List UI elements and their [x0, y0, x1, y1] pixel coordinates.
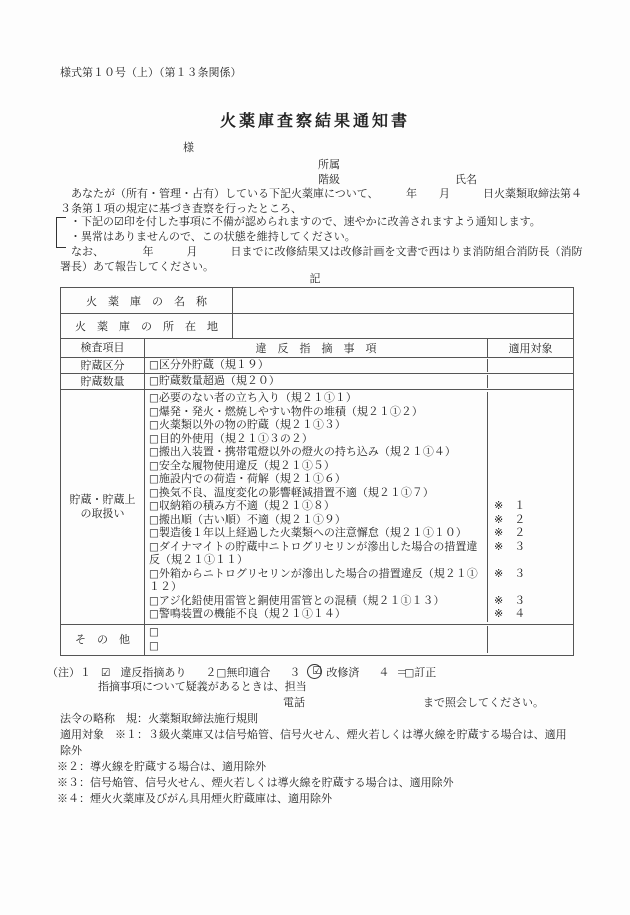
- violation-row-13: □外箱からニトログリセリンが滲出した場合の措置違反（規２１①１２） ※ ３: [145, 568, 573, 595]
- inspection-table: 火 薬 庫 の 名 称 火 薬 庫 の 所 在 地 検査項目 違 反 指 摘 事…: [60, 287, 574, 656]
- page-title: 火薬庫査察結果通知書: [0, 114, 630, 129]
- violation-row-6: □安全な履物使用違反（規２１①５）: [145, 460, 573, 474]
- checkbox-item-5[interactable]: □: [149, 446, 159, 458]
- table-row-magazine-address: 火 薬 庫 の 所 在 地: [61, 314, 573, 339]
- checkbox-item-13[interactable]: □: [149, 568, 159, 580]
- notice-bullet-1: ・下記の☑印を付した事項に不備が認められますので、速やかに改善されますよう通知し…: [70, 215, 541, 230]
- checkbox-item-12[interactable]: □: [149, 541, 159, 553]
- applicability-note-4: ※４：煙火火薬庫及びがん具用煙火貯蔵庫は、適用除外: [57, 792, 332, 807]
- checkbox-item-10[interactable]: □: [149, 514, 159, 526]
- applicability-note: [487, 375, 573, 389]
- violation-text: 区分外貯蔵（規１９）: [159, 359, 269, 371]
- legend-num-2: ２: [205, 667, 216, 679]
- circled-check-icon: ☑: [307, 664, 322, 679]
- violation-row-7: □施設内での荷造・荷解（規２１①６）: [145, 473, 573, 487]
- empty-box-icon: □: [216, 667, 226, 679]
- name-label: 氏名: [455, 173, 477, 188]
- violation-row-1: □必要のない者の立ち入り（規２１①１）: [145, 392, 573, 406]
- legend-label-4: 訂正: [414, 667, 436, 679]
- checkbox-other-2[interactable]: □: [149, 640, 159, 652]
- strikethrough-box-icon: □: [404, 667, 414, 679]
- table-row-magazine-name: 火 薬 庫 の 名 称: [61, 288, 573, 314]
- checkbox-item-7[interactable]: □: [149, 473, 159, 485]
- rank-label: 階級: [318, 173, 340, 188]
- violation-row-11: □製造後１年以上経過した火薬類への注意懈怠（規２１①１０） ※ ２: [145, 527, 573, 541]
- intro-line-1: あなたが（所有・管理・占有）している下記火薬庫について、 年 月 日火薬類取締法…: [60, 187, 582, 202]
- violation-row-5: □搬出入装置・携帯電燈以外の燈火の持ち込み（規２１①４）: [145, 446, 573, 460]
- legend-label-2: 無印適合: [226, 667, 270, 679]
- violation-row-storage-category: □区分外貯蔵（規１９）: [145, 359, 573, 373]
- form-number: 様式第１０号（上）（第１３条関係）: [60, 66, 242, 81]
- violation-row-10: □搬出順（古い順）不適（規２１①９） ※ ２: [145, 514, 573, 528]
- checked-box-icon: ☑: [101, 667, 110, 679]
- checkbox-storage-quantity[interactable]: □: [149, 375, 159, 387]
- checkbox-other-1[interactable]: □: [149, 626, 159, 638]
- checkbox-item-1[interactable]: □: [149, 392, 159, 404]
- checkbox-item-3[interactable]: □: [149, 419, 159, 431]
- ki-label: 記: [0, 272, 630, 287]
- magazine-address-label: 火 薬 庫 の 所 在 地: [61, 314, 233, 338]
- other-label: そ の 他: [61, 625, 145, 655]
- checkbox-item-8[interactable]: □: [149, 487, 159, 499]
- applicability-note-1b: 除外: [60, 744, 82, 759]
- magazine-name-value[interactable]: [233, 288, 573, 313]
- legend-label-3: 改修済: [326, 667, 359, 679]
- checkbox-item-15[interactable]: □: [149, 608, 159, 620]
- violation-row-14: □アジ化鉛使用雷管と銅使用雷管との混積（規２１①１３） ※ ３: [145, 595, 573, 609]
- applicability-note: [487, 359, 573, 373]
- violation-row-2: □爆発・発火・燃焼しやすい物件の堆積（規２１①２）: [145, 406, 573, 420]
- phone-label: 電話: [283, 696, 305, 711]
- violation-row-15: □警鳴装置の機能不良（規２１①１４） ※ ４: [145, 608, 573, 622]
- violation-row-9: □収納箱の積み方不適（規２１①８） ※ １: [145, 500, 573, 514]
- violation-row-8: □換気不良、温度変化の影響軽減措置不適（規２１①７）: [145, 487, 573, 501]
- violation-row-4: □目的外使用（規２１①３の２）: [145, 433, 573, 447]
- law-abbreviation-line: 法令の略称 規：火薬類取締法施行規則: [60, 712, 258, 727]
- table-header-row: 検査項目 違 反 指 摘 事 項 適用対象: [61, 339, 573, 358]
- storage-quantity-label: 貯蔵数量: [61, 374, 145, 389]
- violation-text: 貯蔵数量超過（規２０）: [159, 375, 280, 387]
- magazine-name-label: 火 薬 庫 の 名 称: [61, 288, 233, 313]
- affiliation-label: 所属: [318, 158, 340, 173]
- legend-line: （注）１☑違反指摘あり２□無印適合３☑改修済４＝□訂正: [47, 664, 436, 681]
- other-row-1: □: [145, 626, 573, 640]
- checkbox-storage-category[interactable]: □: [149, 359, 159, 371]
- inspection-notice-document: 様式第１０号（上）（第１３条関係） 火薬庫査察結果通知書 様 所属 階級 氏名 …: [0, 0, 630, 915]
- table-row-handling: 貯蔵・貯蔵上 の取扱い □必要のない者の立ち入り（規２１①１） □爆発・発火・燃…: [61, 390, 573, 625]
- addressee-sama-label: 様: [183, 141, 194, 156]
- violation-row-storage-quantity: □貯蔵数量超過（規２０）: [145, 375, 573, 389]
- handling-category-label: 貯蔵・貯蔵上 の取扱い: [61, 390, 145, 624]
- storage-category-label: 貯蔵区分: [61, 358, 145, 373]
- legend-prefix: （注）１: [47, 667, 91, 679]
- table-row-storage-category: 貯蔵区分 □区分外貯蔵（規１９）: [61, 358, 573, 374]
- notice-bracket: [56, 217, 66, 248]
- deadline-line-1: なお、 年 月 日までに改修結果又は改修計画を文書で西はりま消防組合消防長（消防: [60, 245, 583, 260]
- violation-row-12: □ダイナマイトの貯蔵中ニトログリセリンが滲出した場合の措置違反（規２１①１１） …: [145, 541, 573, 568]
- table-row-storage-quantity: 貯蔵数量 □貯蔵数量超過（規２０）: [61, 374, 573, 390]
- checkbox-item-6[interactable]: □: [149, 460, 159, 472]
- checkbox-item-11[interactable]: □: [149, 527, 159, 539]
- inquiry-line-2: まで照会してください。: [423, 696, 544, 711]
- checkbox-item-9[interactable]: □: [149, 500, 159, 512]
- inquiry-line-1: 指摘事項について疑義があるときは、担当: [98, 680, 307, 695]
- applicability-note-1a: 適用対象 ※１：３級火薬庫又は信号焔管、信号火せん、煙火若しくは導火線を貯蔵する…: [60, 728, 567, 743]
- legend-num-4: ４: [378, 667, 389, 679]
- applicability-note-3: ※３：信号焔管、信号火せん、煙火若しくは導火線を貯蔵する場合は、適用除外: [57, 776, 454, 791]
- header-applicability: 適用対象: [487, 339, 573, 357]
- table-row-other: そ の 他 □ □: [61, 625, 573, 655]
- checkbox-item-4[interactable]: □: [149, 433, 159, 445]
- legend-label-1: 違反指摘あり: [120, 667, 186, 679]
- header-violation: 違 反 指 摘 事 項: [145, 340, 487, 356]
- violation-row-3: □火薬類以外の物の貯蔵（規２１①３）: [145, 419, 573, 433]
- legend-num-3: ３: [289, 667, 300, 679]
- magazine-address-value[interactable]: [233, 314, 573, 338]
- notice-bullet-2: ・異常はありませんので、この状態を維持してください。: [70, 230, 356, 245]
- other-row-2: □: [145, 640, 573, 654]
- checkbox-item-2[interactable]: □: [149, 406, 159, 418]
- checkbox-item-14[interactable]: □: [149, 595, 159, 607]
- applicability-note-2: ※２：導火線を貯蔵する場合は、適用除外: [57, 760, 266, 775]
- header-inspection-item: 検査項目: [61, 339, 145, 357]
